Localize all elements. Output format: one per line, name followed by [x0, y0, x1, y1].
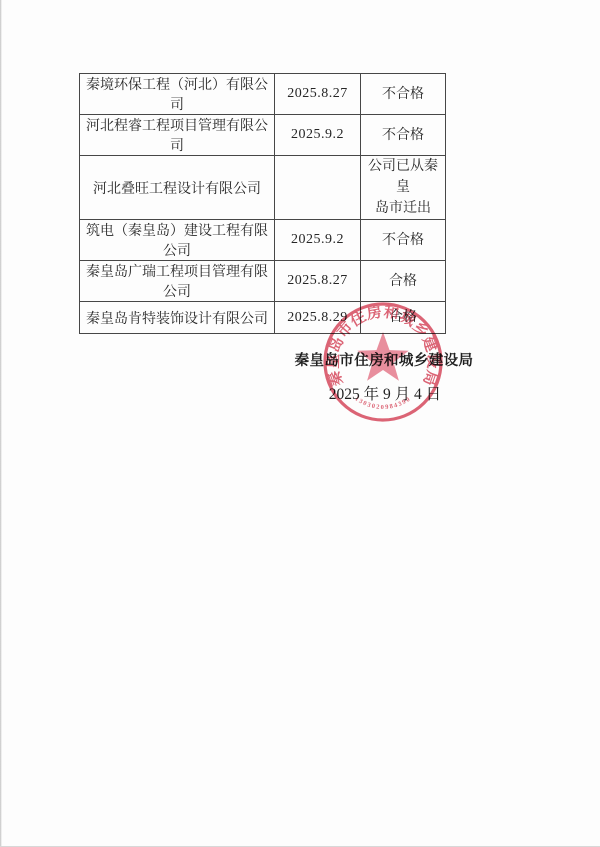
check-date-cell: 2025.8.27	[275, 74, 361, 115]
company-name-cell: 秦皇岛肯特装饰设计有限公司	[80, 302, 275, 334]
table-row: 秦境环保工程（河北）有限公司 2025.8.27 不合格	[80, 74, 446, 115]
seal-star-icon	[357, 332, 408, 381]
inspection-result-table: 秦境环保工程（河北）有限公司 2025.8.27 不合格 河北程睿工程项目管理有…	[79, 73, 446, 334]
table-row: 筑电（秦皇岛）建设工程有限公司 2025.9.2 不合格	[80, 220, 446, 261]
scanned-document-page: 秦境环保工程（河北）有限公司 2025.8.27 不合格 河北程睿工程项目管理有…	[0, 0, 600, 847]
table-row: 秦皇岛广瑞工程项目管理有限公司 2025.8.27 合格	[80, 261, 446, 302]
result-cell: 不合格	[361, 220, 446, 261]
company-name-cell: 秦皇岛广瑞工程项目管理有限公司	[80, 261, 275, 302]
company-name-cell: 河北程睿工程项目管理有限公司	[80, 115, 275, 156]
table-row: 河北程睿工程项目管理有限公司 2025.9.2 不合格	[80, 115, 446, 156]
company-name-cell: 筑电（秦皇岛）建设工程有限公司	[80, 220, 275, 261]
result-cell: 不合格	[361, 74, 446, 115]
check-date-cell: 2025.9.2	[275, 115, 361, 156]
company-name-cell: 河北叠旺工程设计有限公司	[80, 156, 275, 220]
result-cell: 不合格	[361, 115, 446, 156]
result-cell: 合格	[361, 261, 446, 302]
table-row: 河北叠旺工程设计有限公司 公司已从秦皇 岛市迁出	[80, 156, 446, 220]
svg-text:1303020984390: 1303020984390	[354, 395, 413, 411]
result-cell: 公司已从秦皇 岛市迁出	[361, 156, 446, 220]
scan-edge-left	[0, 0, 2, 847]
check-date-cell: 2025.9.2	[275, 220, 361, 261]
seal-code: 1303020984390	[354, 395, 413, 411]
check-date-cell	[275, 156, 361, 220]
official-red-seal: 秦皇岛市住房和城乡建设局 1303020984390	[318, 297, 448, 427]
check-date-cell: 2025.8.27	[275, 261, 361, 302]
company-name-cell: 秦境环保工程（河北）有限公司	[80, 74, 275, 115]
